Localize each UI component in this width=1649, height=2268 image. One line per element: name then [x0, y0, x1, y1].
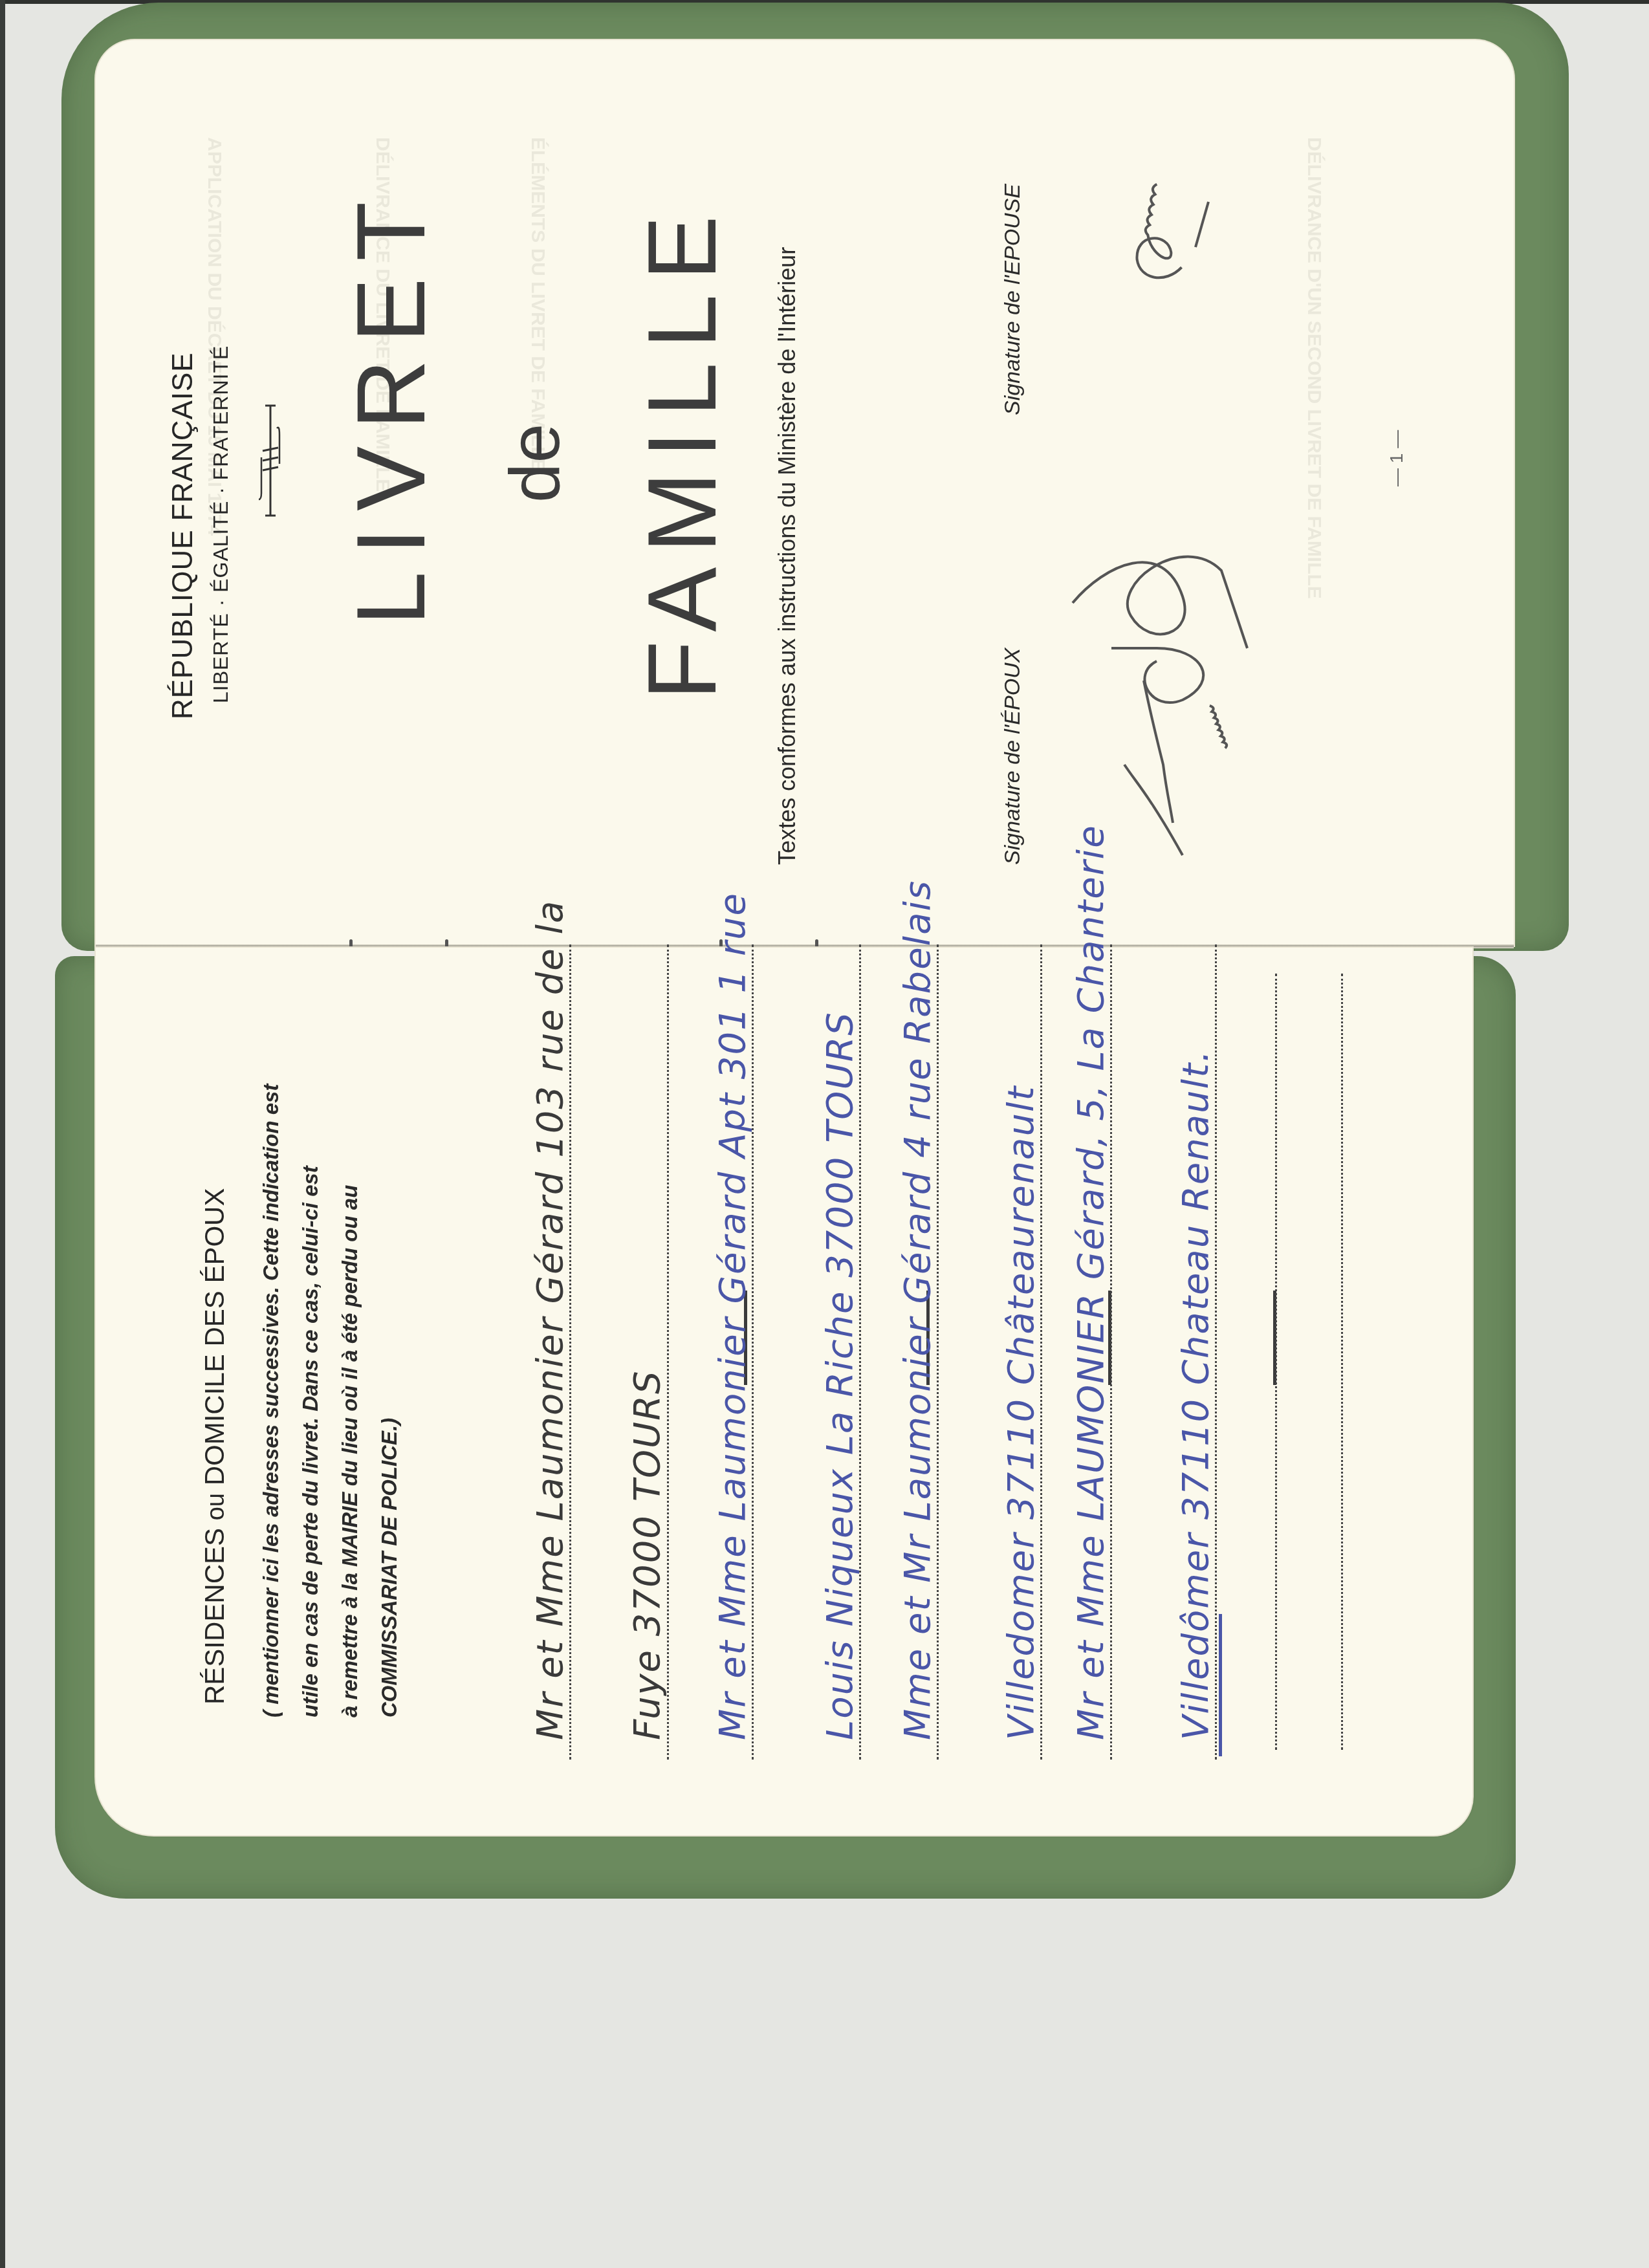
- blue-underline: [1219, 1614, 1222, 1756]
- note-line: à remettre à la MAIRIE du lieu où il à é…: [330, 1084, 369, 1717]
- address-entry-3-line1: Mme et Mr Laumonier Gérard 4 rue Rabelai…: [897, 880, 939, 1740]
- fasces-emblem-icon: [251, 402, 290, 519]
- husband-signature: [1053, 402, 1267, 868]
- address-entry-3-line2: Villedomer 37110 Châteaurenault: [1000, 1085, 1042, 1740]
- page-number: — 1 —: [1386, 430, 1407, 486]
- address-entry-1-line2: Fuye 37000 TOURS: [626, 1369, 668, 1740]
- dotted-line-empty[interactable]: [1341, 974, 1343, 1750]
- show-through-text: DÉLIVRANCE D'UN SECOND LIVRET DE FAMILLE: [1303, 137, 1325, 599]
- address-entry-4-line2: Villedômer 37110 Chateau Renault.: [1175, 1049, 1217, 1740]
- title-livret: LIVRET: [335, 185, 447, 626]
- title-famille: FAMILLE: [626, 201, 738, 700]
- ministry-subtitle: Textes conformes aux instructions du Min…: [774, 247, 801, 865]
- address-entry-4-line1: Mr et Mme LAUMONIER Gérard, 5, La Chante…: [1070, 824, 1112, 1740]
- note-line: COMMISSARIAT DE POLICE.): [369, 1084, 409, 1717]
- residences-page: RÉSIDENCES ou DOMICILE DES ÉPOUX ( menti…: [96, 948, 1472, 1835]
- show-through-text: ÉLÉMENTS DU LIVRET DE FAMILLE: [527, 137, 549, 472]
- note-line: ( mentionner ici les adresses successive…: [251, 1084, 290, 1717]
- address-entry-2-line1: Mr et Mme Laumonier Gérard Apt 301 1 rue: [712, 892, 754, 1740]
- residences-title-ou: ou: [202, 1493, 230, 1520]
- republic-motto: LIBERTÉ · ÉGALITÉ · FRATERNITÉ: [209, 345, 233, 703]
- residences-title-rest: DOMICILE DES ÉPOUX: [199, 1188, 230, 1486]
- residences-heading: RÉSIDENCES ou DOMICILE DES ÉPOUX: [199, 1188, 230, 1705]
- address-entry-1-line1: Mr et Mme Laumonier Gérard 103 rue de la: [529, 900, 571, 1740]
- republic-heading: RÉPUBLIQUE FRANÇAISE: [167, 352, 199, 719]
- wife-signature: [1060, 137, 1228, 286]
- title-de: de: [494, 424, 576, 503]
- scanner-left-edge: [0, 0, 5, 2268]
- residences-note: ( mentionner ici les adresses successive…: [251, 1084, 409, 1717]
- signature-wife-label: Signature de l'EPOUSE: [1000, 184, 1025, 415]
- note-line: utile en cas de perte du livret. Dans ce…: [290, 1084, 330, 1717]
- title-page: APPLICATION DU DÉCRET DU 15 MAI 1974 DÉL…: [96, 40, 1514, 946]
- address-entry-2-line2: Louis Niqueux La Riche 37000 TOURS: [819, 1011, 861, 1740]
- residences-title-main: RÉSIDENCES: [199, 1528, 230, 1705]
- signature-husband-label: Signature de l'ÉPOUX: [1000, 648, 1025, 865]
- dotted-line-empty[interactable]: [1275, 974, 1277, 1750]
